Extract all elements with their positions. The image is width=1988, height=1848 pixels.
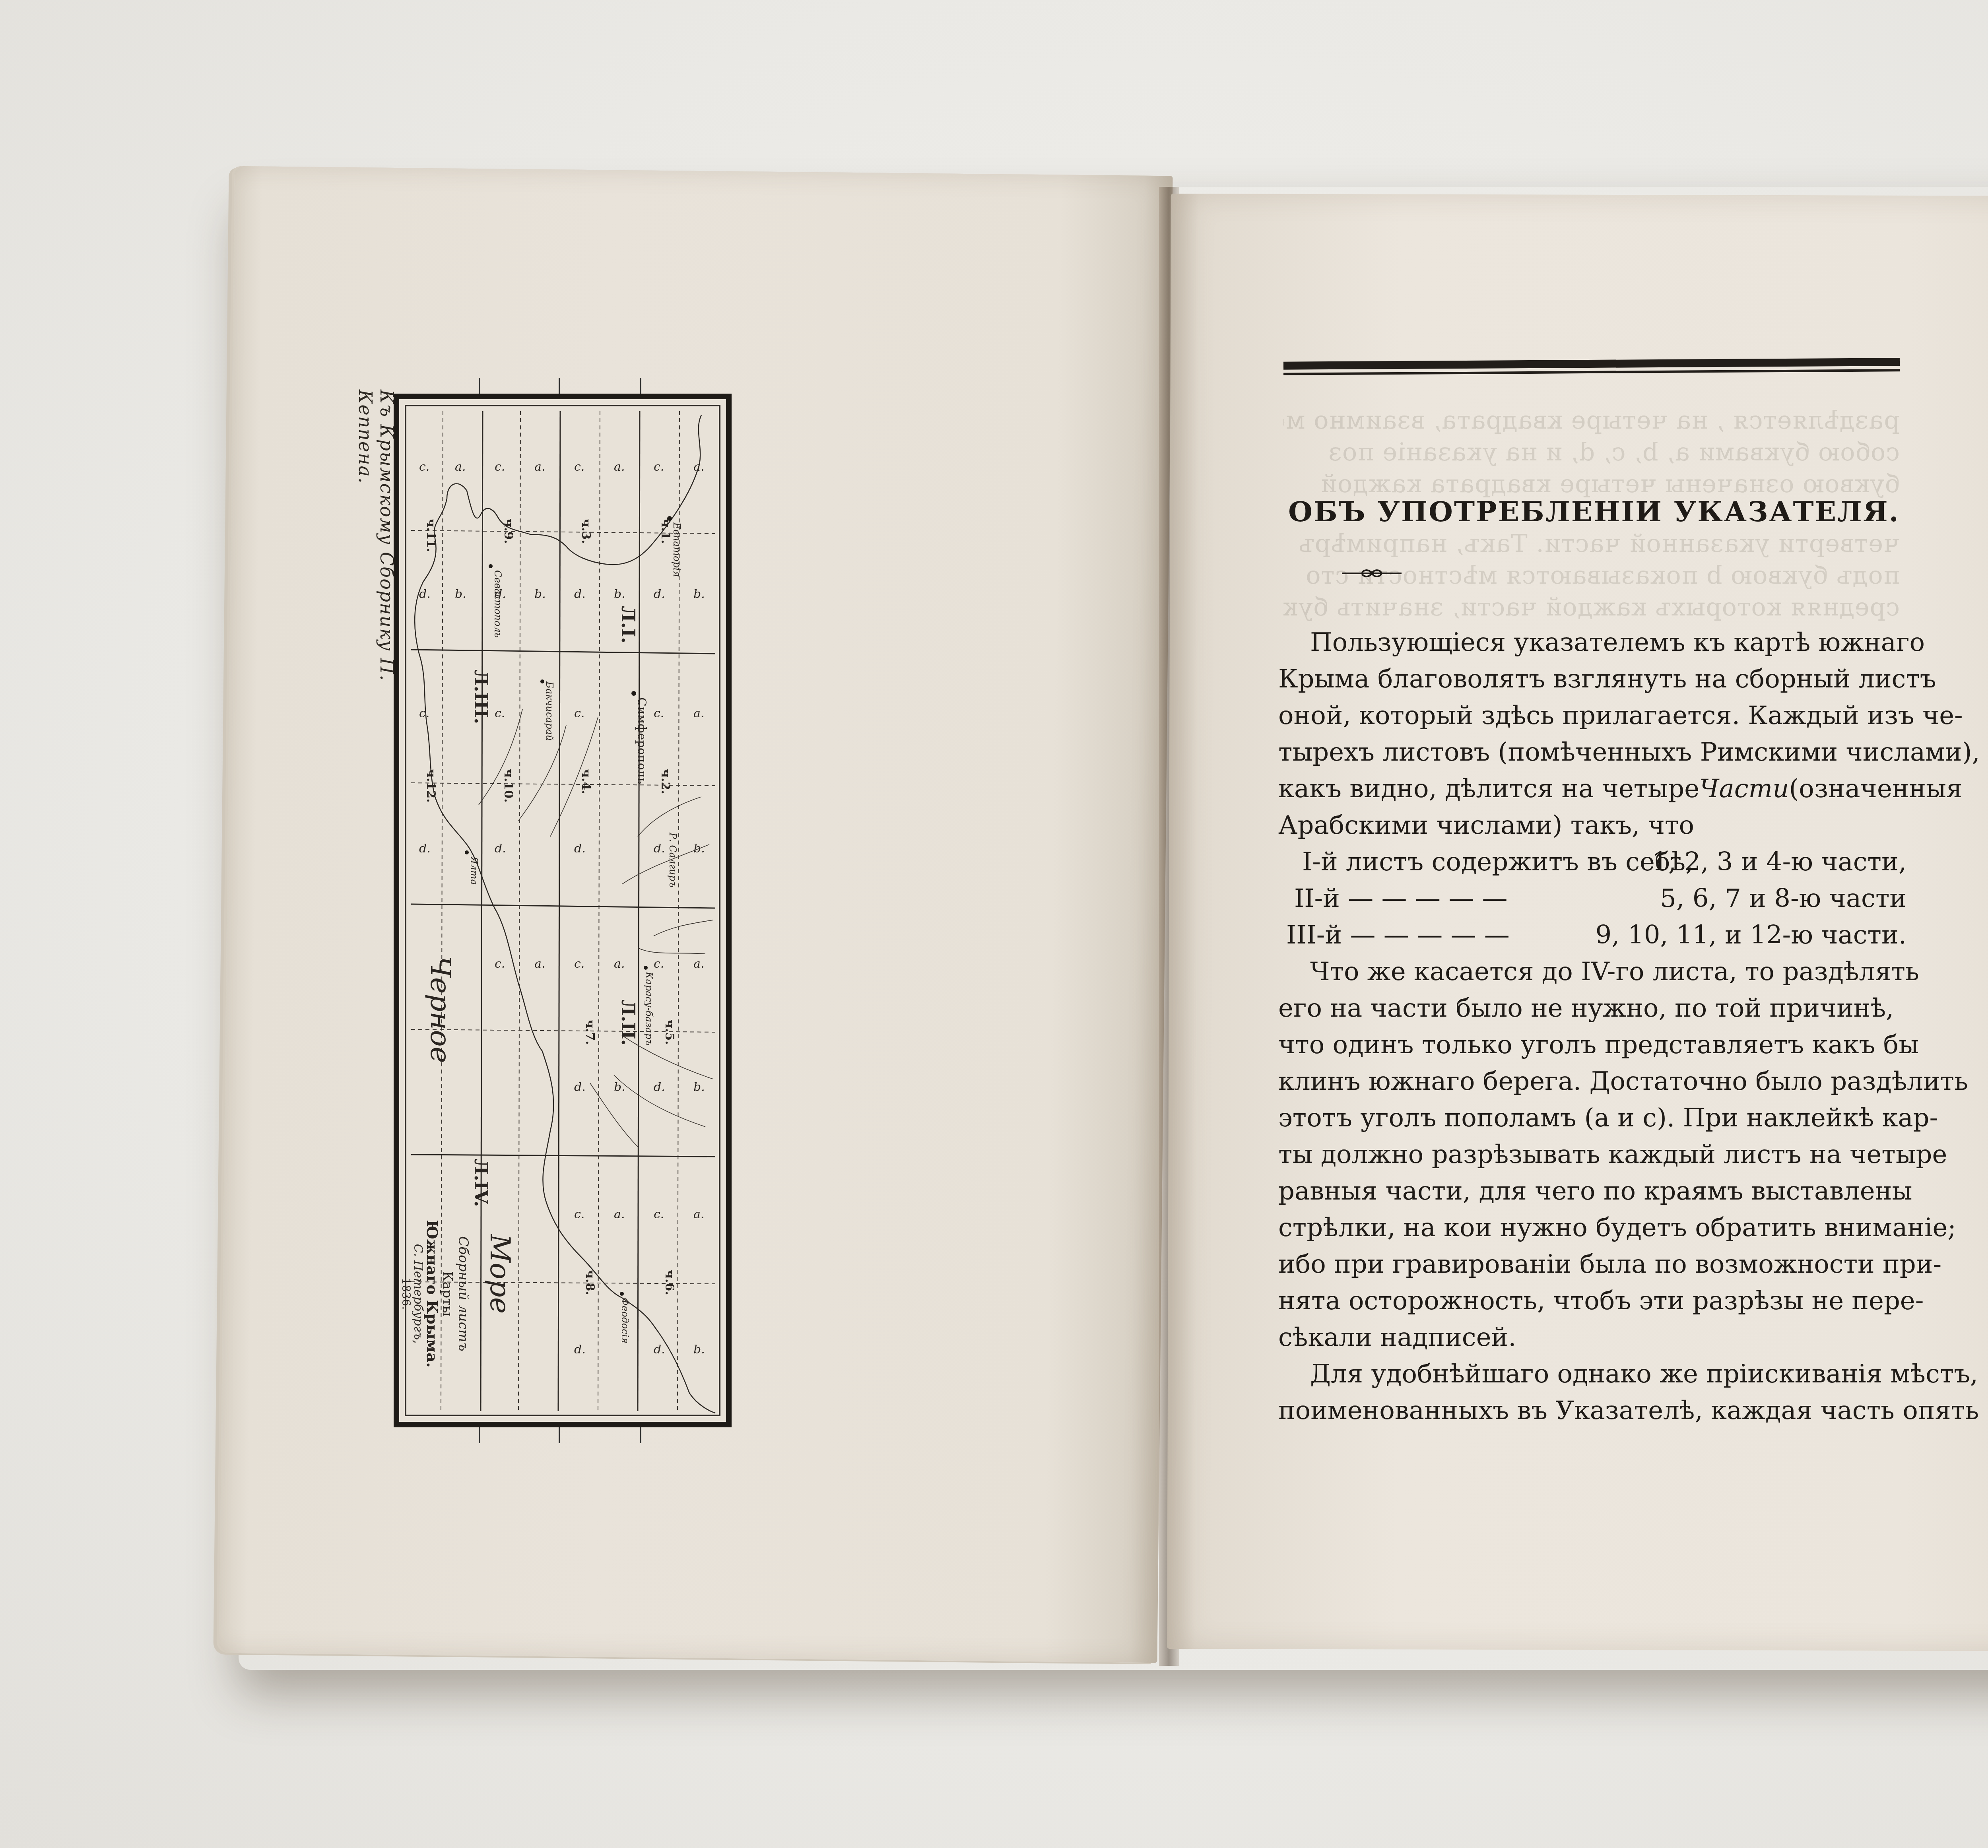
svg-text:ч.5.: ч.5.: [662, 1019, 676, 1045]
sheet-row: I-й листъ содержитъ въ себѣ, 1, 2, 3 и 4…: [1278, 844, 1906, 880]
svg-text:Р. Салгиръ: Р. Салгиръ: [667, 832, 678, 887]
text-line: его на части было не нужно, по той причи…: [1278, 990, 1906, 1027]
svg-text:1836.: 1836.: [400, 1278, 413, 1310]
svg-text:ч.2.: ч.2.: [658, 769, 672, 794]
svg-text:d.: d.: [495, 842, 506, 856]
sheet-row: III-й — — — — — 9, 10, 11, и 12-ю части.: [1278, 917, 1906, 953]
bleed-through-text: средняя которыхъ каждой части, значить б…: [1283, 592, 1900, 621]
svg-text:c.: c.: [495, 460, 505, 474]
svg-text:b.: b.: [693, 587, 705, 601]
text-fragment: (означенныя: [1789, 771, 1962, 807]
svg-text:c.: c.: [419, 707, 429, 720]
svg-text:ч.8.: ч.8.: [583, 1270, 597, 1295]
text-line: Что же касается до IV-го листа, то раздѣ…: [1278, 953, 1906, 990]
svg-text:d.: d.: [574, 587, 586, 601]
text-line: тырехъ листовъ (помѣченныхъ Римскими чис…: [1278, 734, 1906, 771]
svg-text:d.: d.: [574, 1080, 586, 1094]
svg-text:ч.10.: ч.10.: [501, 769, 515, 803]
text-line: какъ видно, дѣлится на четыре Части (озн…: [1278, 771, 1906, 807]
svg-text:Феодосія: Феодосія: [619, 1298, 631, 1343]
svg-text:ч.4.: ч.4.: [579, 769, 593, 794]
svg-text:ч.11.: ч.11.: [424, 518, 438, 552]
svg-text:b.: b.: [534, 587, 546, 601]
svg-text:Черное: Черное: [424, 956, 457, 1063]
svg-text:a.: a.: [534, 957, 545, 971]
text-line: этотъ уголъ пополамъ (a и c). При наклей…: [1278, 1100, 1906, 1136]
text-line: клинъ южнаго берега. Достаточно было раз…: [1278, 1063, 1906, 1100]
svg-text:d.: d.: [419, 587, 431, 601]
svg-text:ч.6.: ч.6.: [662, 1270, 676, 1295]
svg-text:a.: a.: [614, 957, 625, 971]
svg-text:d.: d.: [654, 1080, 665, 1094]
text-line: равныя части, для чего по краямъ выставл…: [1278, 1173, 1906, 1209]
svg-text:Бакчисарай: Бакчисарай: [544, 681, 555, 741]
svg-text:Л.III.: Л.III.: [470, 670, 492, 724]
svg-text:a.: a.: [455, 460, 466, 474]
svg-text:С. Петербургъ,: С. Петербургъ,: [411, 1244, 425, 1344]
text-line: Пользующіеся указателемъ къ картѣ южнаго: [1278, 624, 1906, 661]
text-line: Крыма благоволятъ взглянуть на сборный л…: [1278, 661, 1906, 697]
svg-text:Карасу-базаръ: Карасу-базаръ: [643, 971, 654, 1046]
svg-text:d.: d.: [654, 842, 665, 856]
text-line: сѣкали надписей.: [1278, 1319, 1906, 1356]
sheet-row-parts: 9, 10, 11, и 12-ю части.: [1521, 917, 1906, 953]
sheet-row-label: I-й листъ содержитъ въ себѣ,: [1302, 844, 1537, 880]
sheet-row-label: III-й — — — — —: [1286, 917, 1521, 953]
svg-text:Ялта: Ялта: [468, 856, 480, 885]
bleed-through-text: собою буквами a, b, c, d, и на указаніе …: [1283, 437, 1900, 466]
text-line: ибо при гравированіи была по возможности…: [1278, 1246, 1906, 1283]
svg-text:Л.I.: Л.I.: [617, 606, 639, 643]
text-line: оной, который здѣсь прилагается. Каждый …: [1278, 697, 1906, 734]
svg-text:Сборный листъ: Сборный листъ: [455, 1236, 471, 1351]
svg-text:d.: d.: [419, 842, 431, 856]
svg-text:a.: a.: [614, 460, 625, 474]
svg-text:d.: d.: [574, 1343, 586, 1357]
svg-text:c.: c.: [574, 460, 584, 474]
svg-text:c.: c.: [495, 957, 505, 971]
text-line: ты должно разрѣзывать каждый листъ на че…: [1278, 1136, 1906, 1173]
bleed-through-text: четверти указанной части. Такъ, напримѣр…: [1283, 529, 1900, 558]
svg-text:b.: b.: [693, 1343, 705, 1357]
svg-text:a.: a.: [693, 1207, 704, 1221]
svg-text:c.: c.: [574, 957, 584, 971]
bleed-through-text: раздѣляется , на четыре квадрата, взаимн…: [1283, 406, 1900, 435]
svg-text:c.: c.: [574, 1207, 584, 1221]
map-arrow-tick: [479, 1427, 480, 1443]
map-arrow-tick: [559, 1427, 560, 1443]
svg-text:Севастополь: Севастополь: [492, 570, 503, 638]
svg-text:Евпаторія: Евпаторія: [671, 522, 682, 577]
svg-text:b.: b.: [614, 1080, 625, 1094]
svg-text:a.: a.: [693, 957, 704, 971]
map-arrow-tick: [479, 378, 480, 394]
svg-text:a.: a.: [614, 1207, 625, 1221]
body-text: Пользующіеся указателемъ къ картѣ южнаго…: [1278, 624, 1906, 1429]
svg-text:ч.9.: ч.9.: [501, 518, 515, 544]
map-arrow-tick: [640, 1427, 641, 1443]
svg-text:c.: c.: [574, 707, 584, 720]
svg-text:a.: a.: [693, 707, 704, 720]
sheet-row-parts: 5, 6, 7 и 8-ю части: [1529, 880, 1906, 917]
text-line: нята осторожность, чтобъ эти разрѣзы не …: [1278, 1283, 1906, 1319]
svg-text:Л.II.: Л.II.: [617, 1000, 639, 1046]
sheet-row: II-й — — — — — 5, 6, 7 и 8-ю части: [1278, 880, 1906, 917]
svg-text:c.: c.: [654, 1207, 664, 1221]
svg-text:c.: c.: [654, 707, 664, 720]
svg-text:a.: a.: [693, 460, 704, 474]
svg-text:b.: b.: [693, 1080, 705, 1094]
svg-text:d.: d.: [654, 587, 665, 601]
svg-text:Карты: Карты: [439, 1271, 455, 1316]
section-heading: ОБЪ УПОТРЕБЛЕНІИ УКАЗАТЕЛЯ.: [1288, 495, 1908, 528]
text-line: поименованныхъ въ Указателѣ, каждая част…: [1278, 1392, 1906, 1429]
svg-text:c.: c.: [495, 707, 505, 720]
svg-text:ч.1.: ч.1.: [658, 518, 672, 544]
svg-text:c.: c.: [419, 460, 429, 474]
bleed-through-text: буквою означены четыре квадрата каждой: [1283, 469, 1900, 498]
text-line: стрѣлки, на кои нужно будетъ обратить вн…: [1278, 1209, 1906, 1246]
svg-text:Симферополь: Симферополь: [635, 697, 648, 784]
svg-text:b.: b.: [693, 842, 705, 856]
svg-text:c.: c.: [654, 957, 664, 971]
svg-text:ч.12.: ч.12.: [424, 769, 438, 803]
text-line: что одинъ только уголъ представляетъ как…: [1278, 1027, 1906, 1063]
svg-text:d.: d.: [574, 842, 586, 856]
map-arrow-tick: [559, 378, 560, 394]
svg-text:Южнаго Крыма.: Южнаго Крыма.: [423, 1220, 441, 1368]
svg-text:c.: c.: [654, 460, 664, 474]
svg-text:d.: d.: [654, 1343, 665, 1357]
sheet-row-label: II-й — — — — —: [1294, 880, 1529, 917]
svg-text:Л.IV.: Л.IV.: [470, 1159, 492, 1207]
map-side-caption: Къ Крымскому Сборнику П. Кеппена.: [366, 390, 398, 708]
map-arrow-tick: [640, 378, 641, 394]
text-line: Для удобнѣйшаго однако же пріискиванія м…: [1278, 1356, 1906, 1392]
sheet-row-parts: 1, 2, 3 и 4-ю части,: [1537, 844, 1906, 880]
svg-text:b.: b.: [455, 587, 466, 601]
svg-text:b.: b.: [614, 587, 625, 601]
text-line: Арабскими числами) такъ, что: [1278, 807, 1906, 844]
svg-text:ч.3.: ч.3.: [579, 518, 593, 544]
map-drawing: Л.I. Л.II. Л.III. Л.IV. ч.1. ч.2. ч.3. ч…: [399, 399, 726, 1422]
svg-text:Море: Море: [484, 1233, 516, 1314]
emphasized-word: Части: [1699, 771, 1789, 807]
svg-text:a.: a.: [534, 460, 545, 474]
crimea-index-map: Л.I. Л.II. Л.III. Л.IV. ч.1. ч.2. ч.3. ч…: [394, 394, 732, 1427]
svg-text:ч.7.: ч.7.: [583, 1019, 597, 1045]
text-fragment: какъ видно, дѣлится на четыре: [1278, 771, 1699, 807]
ornament-divider-icon: [1342, 567, 1402, 580]
